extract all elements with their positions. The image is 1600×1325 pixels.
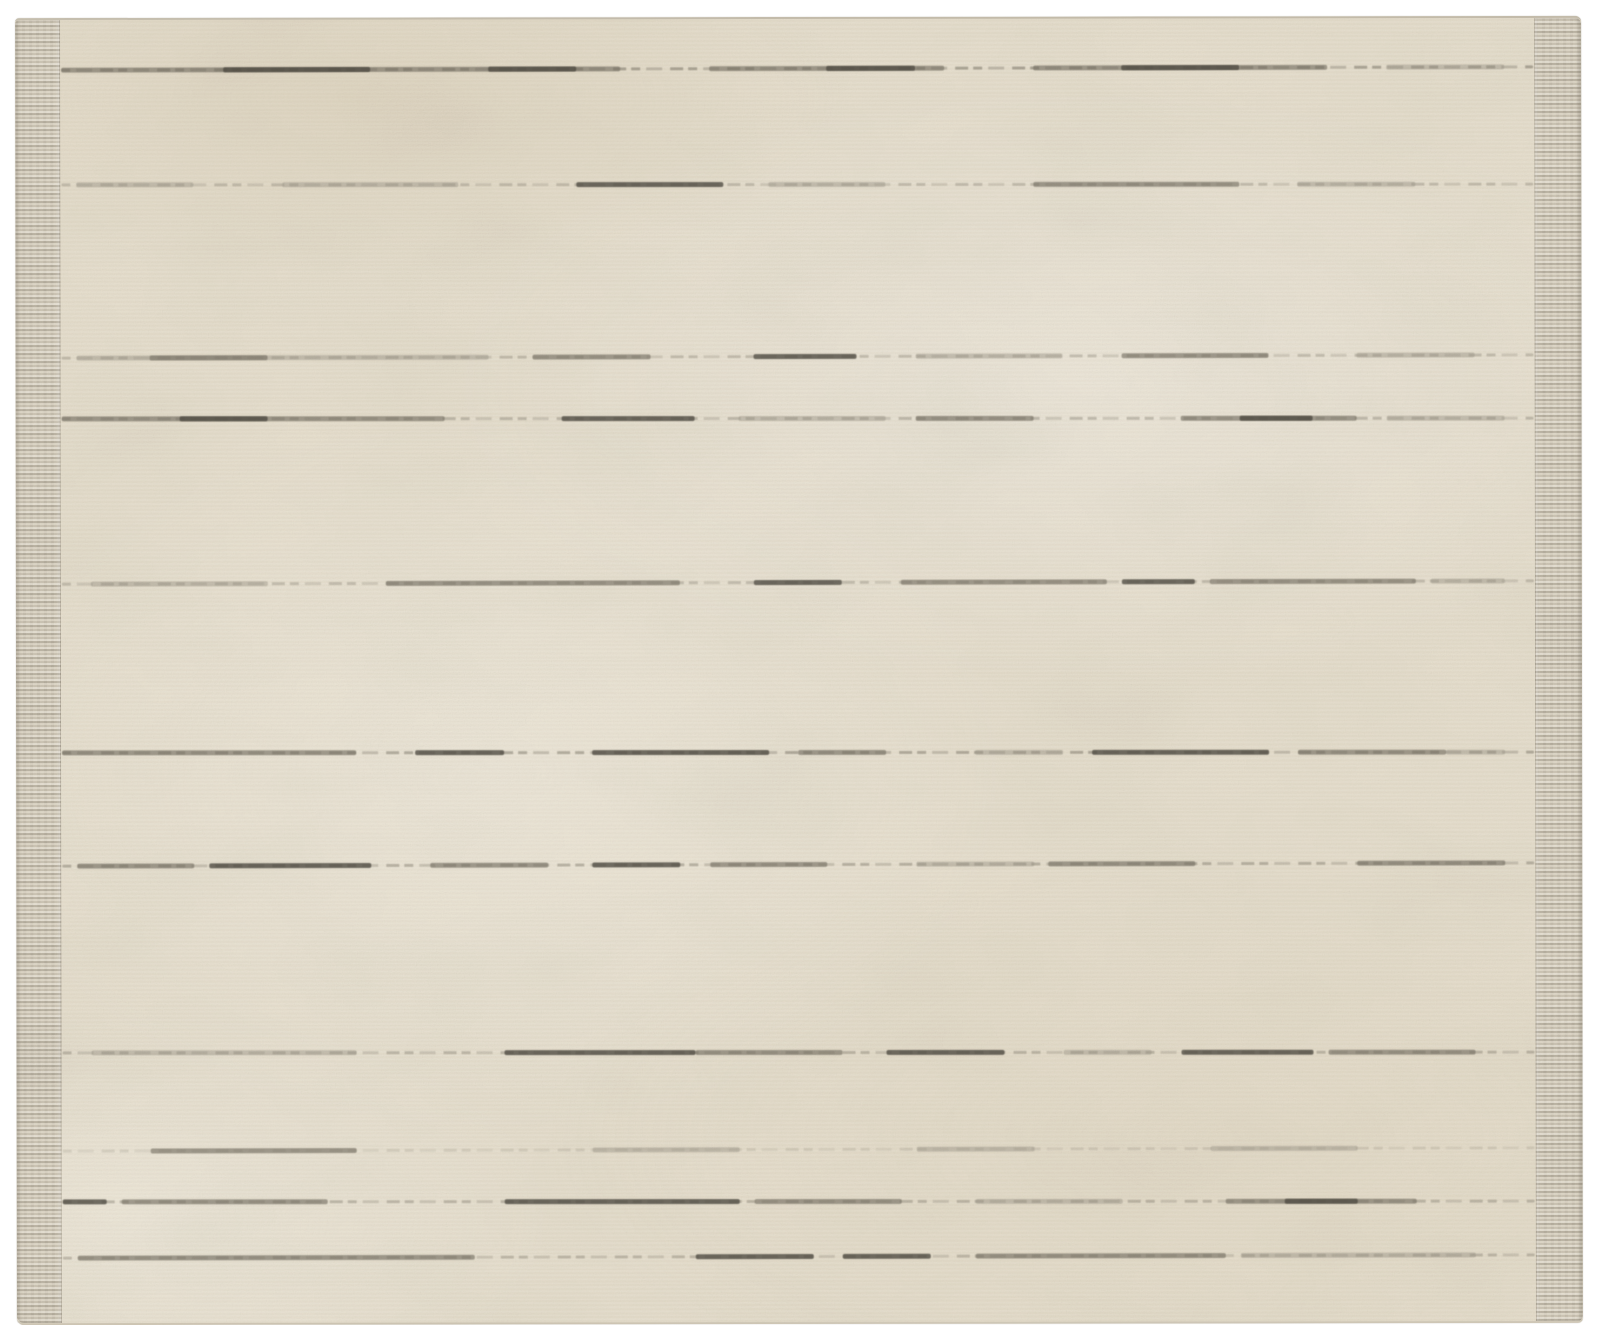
- rug-stripe: [63, 1252, 1535, 1261]
- rug-stripe-segment: [1121, 353, 1268, 358]
- rug-stripe-segment: [562, 416, 694, 421]
- rug-stripe: [62, 578, 1534, 587]
- rug-stripe-segment: [77, 863, 195, 868]
- rug-stripe: [61, 182, 1533, 189]
- rug-stripe-segment: [887, 1050, 1005, 1055]
- rug-stripe-segment: [753, 354, 856, 359]
- rug-stripe-segment: [1299, 750, 1446, 755]
- rug-stripe-segment: [1328, 1050, 1475, 1055]
- rug-stripe: [61, 64, 1533, 73]
- rug-stripe-segment: [755, 1199, 902, 1204]
- rug-stripe-segment: [533, 354, 651, 359]
- rug-stripe-segment: [1063, 1050, 1151, 1055]
- rug-stripe-segment: [1121, 65, 1239, 70]
- rug-stripes: [15, 18, 1583, 1323]
- rug-stripe: [63, 1145, 1535, 1154]
- rug-stripe-segment: [739, 416, 886, 421]
- rug-stripe-segment: [430, 863, 548, 868]
- rug-product-photo: [0, 0, 1600, 1325]
- rug-stripe-segment: [386, 580, 680, 586]
- rug-stripe-segment: [768, 182, 886, 187]
- rug-stripe-segment: [76, 355, 488, 361]
- rug-stripe-segment: [179, 416, 267, 421]
- rug-stripe-segment: [1284, 1199, 1358, 1204]
- rug-stripe-segment: [415, 750, 503, 755]
- rug-stripe-segment: [1386, 64, 1504, 69]
- rug-selvage-left: [15, 20, 62, 1323]
- rug-stripe-segment: [92, 1050, 357, 1055]
- rug-stripe-segment: [1446, 750, 1505, 755]
- rug-stripe-segment: [282, 182, 459, 187]
- rug-stripe-segment: [63, 1199, 107, 1204]
- rug-stripe-segment: [223, 67, 370, 72]
- rug-stripe-segment: [488, 67, 576, 72]
- rug-stripe-segment: [1386, 416, 1504, 421]
- rug-stripe-segment: [1240, 1252, 1476, 1258]
- rug-stripe-segment: [1298, 182, 1416, 187]
- rug-stripe-segment: [916, 861, 1034, 866]
- rug-stripe-segment: [592, 750, 769, 755]
- rug-stripe-segment: [1093, 750, 1270, 755]
- rug-stripe-segment: [843, 1254, 931, 1259]
- rug-stripe-segment: [915, 353, 1062, 358]
- rug-stripe: [62, 416, 1534, 423]
- rug-stripe-segment: [78, 1255, 475, 1261]
- rug-stripe: [63, 1050, 1535, 1057]
- rug-stripe-segment: [798, 750, 886, 755]
- rug-stripe-segment: [901, 579, 1107, 584]
- rug-stripe-segment: [151, 1148, 357, 1153]
- rug-stripe-segment: [592, 862, 680, 867]
- rug-stripe-segment: [76, 182, 194, 187]
- rug-stripe-segment: [209, 863, 371, 868]
- rug-stripe-segment: [975, 1199, 1122, 1204]
- rug-stripe-segment: [577, 182, 724, 187]
- rug-stripe-segment: [710, 862, 828, 867]
- rug-stripe-segment: [1210, 579, 1416, 584]
- rug-stripe-segment: [827, 66, 915, 71]
- rug-stripe-segment: [916, 1146, 1034, 1151]
- rug-stripe-segment: [1048, 861, 1195, 866]
- rug-stripe-segment: [1239, 416, 1313, 421]
- rug-stripe-segment: [975, 1253, 1225, 1259]
- rug-stripe-segment: [754, 580, 842, 585]
- rug-stripe: [62, 860, 1534, 869]
- rug-selvage-right: [1534, 18, 1583, 1321]
- rug-stripe-segment: [62, 750, 356, 755]
- rug-stripe-segment: [1122, 579, 1196, 584]
- rug-stripe: [62, 750, 1534, 757]
- rug-stripe-segment: [1211, 1146, 1358, 1151]
- rug-stripe-segment: [593, 1147, 740, 1152]
- rug-stripe: [63, 1199, 1535, 1206]
- rug-stripe-segment: [975, 750, 1063, 755]
- rug-stripe-segment: [1181, 1050, 1313, 1055]
- rug-stripe-segment: [1357, 352, 1475, 357]
- rug-stripe-segment: [695, 1050, 842, 1055]
- rug-stripe-segment: [91, 581, 268, 586]
- rug-stripe-segment: [1033, 182, 1239, 187]
- rug-stripe-segment: [150, 355, 268, 360]
- rug-stripe-segment: [504, 1050, 695, 1055]
- rug-stripe-segment: [504, 1199, 740, 1204]
- rug-stripe-segment: [915, 416, 1033, 421]
- rug-stripe-segment: [696, 1254, 814, 1259]
- rug-stripe-segment: [122, 1199, 328, 1204]
- rug-stripe-segment: [1431, 578, 1505, 583]
- rug-stripe-segment: [1358, 860, 1505, 865]
- rug-stripe: [62, 352, 1534, 361]
- rug: [15, 16, 1583, 1325]
